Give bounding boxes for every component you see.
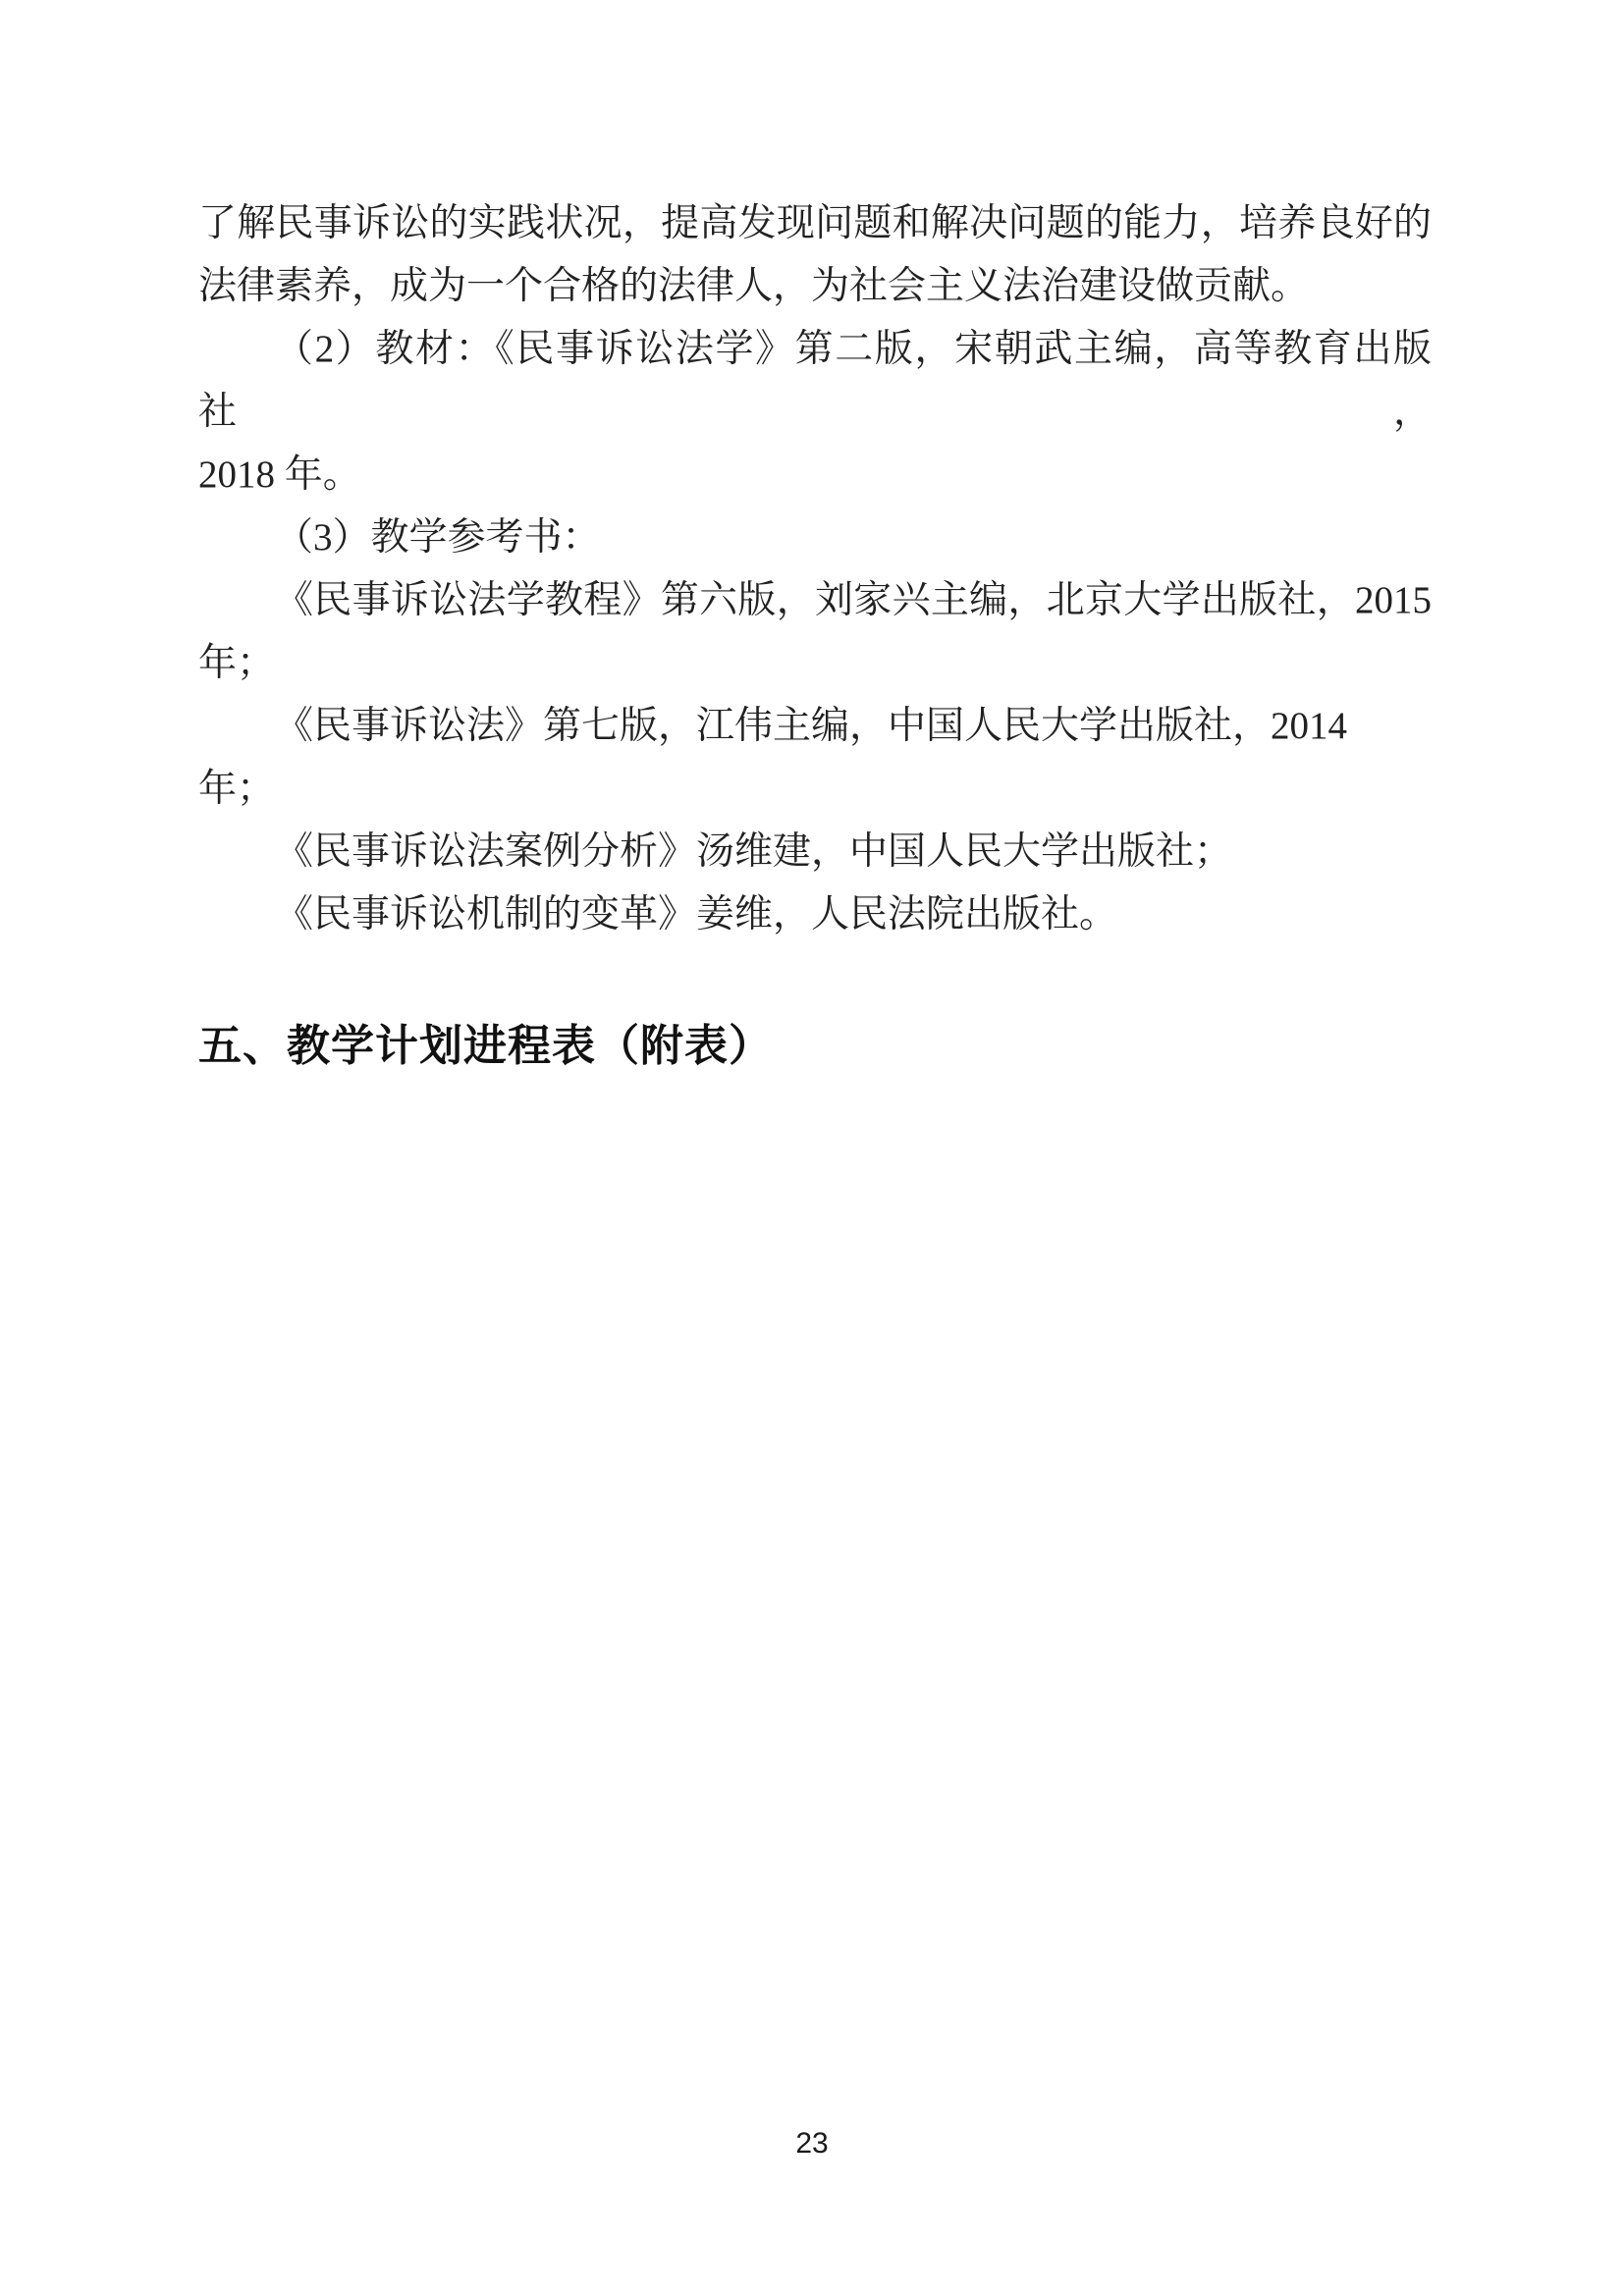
body-line: 法律素养，成为一个合格的法律人，为社会主义法治建设做贡献。	[198, 255, 1432, 318]
body-line: 《民事诉讼法学教程》第六版，刘家兴主编，北京大学出版社，2015	[198, 569, 1432, 632]
body-line: （2）教材：《民事诉讼法学》第二版，宋朝武主编，高等教育出版社，	[198, 318, 1432, 444]
body-text-block: 了解民事诉讼的实践状况，提高发现问题和解决问题的能力，培养良好的法律素养，成为一…	[198, 192, 1432, 1078]
body-line: 《民事诉讼法》第七版，江伟主编，中国人民大学出版社，2014 年；	[198, 695, 1432, 821]
body-line: 《民事诉讼法案例分析》汤维建，中国人民大学出版社；	[198, 821, 1432, 883]
page-number: 23	[0, 2128, 1624, 2160]
body-line: （3）教学参考书：	[198, 507, 1432, 569]
body-line: 2018 年。	[198, 444, 1432, 507]
body-line: 《民事诉讼机制的变革》姜维，人民法院出版社。	[198, 883, 1432, 946]
body-line: 年；	[198, 632, 1432, 695]
section-heading: 五、教学计划进程表（附表）	[198, 1015, 1432, 1078]
paragraph-lines: 了解民事诉讼的实践状况，提高发现问题和解决问题的能力，培养良好的法律素养，成为一…	[198, 192, 1432, 946]
document-page: 了解民事诉讼的实践状况，提高发现问题和解决问题的能力，培养良好的法律素养，成为一…	[0, 0, 1624, 2296]
body-line: 了解民事诉讼的实践状况，提高发现问题和解决问题的能力，培养良好的	[198, 192, 1432, 255]
